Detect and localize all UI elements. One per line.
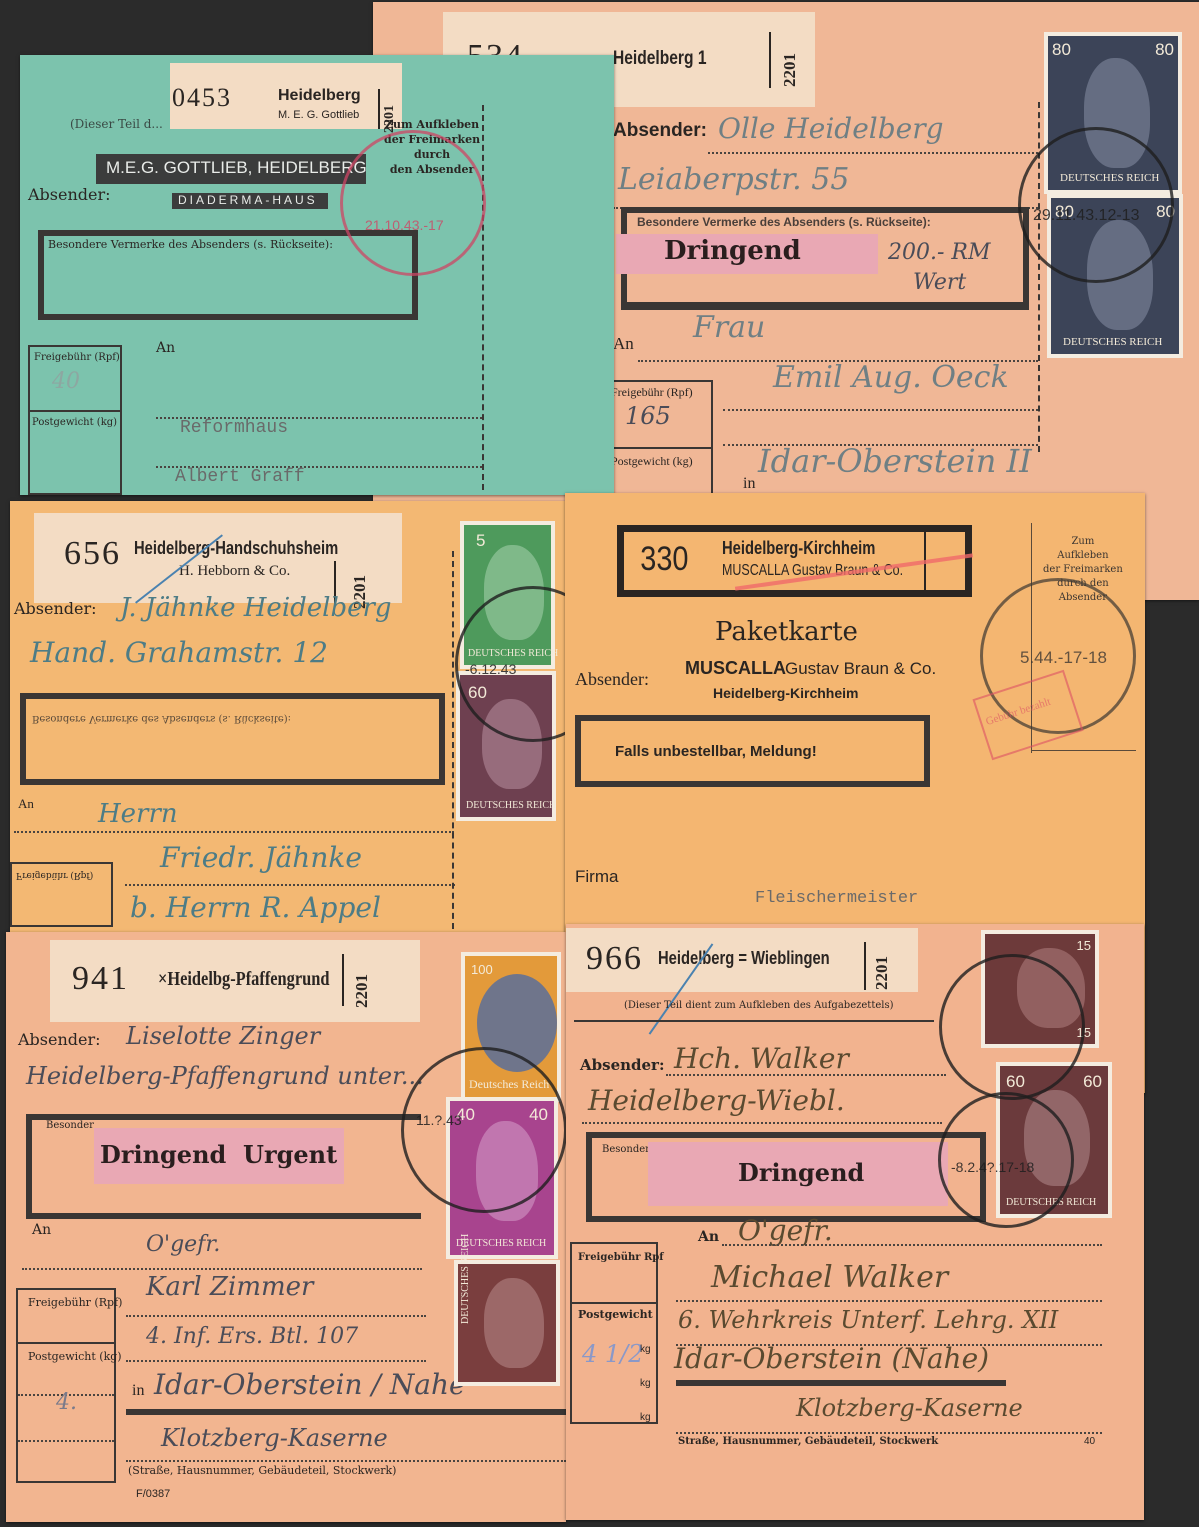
firm-label: Firma [575,867,618,887]
label-sub: H. Hebborn & Co. [179,563,290,580]
fee-value: 40 [52,369,80,394]
recipient-line-5: Klotzberg-Kaserne [161,1424,388,1452]
weight-label: Postgewicht (kg) [28,1350,122,1363]
to-label: An [613,334,634,354]
address-note: Straße, Hausnummer, Gebäudeteil, Stockwe… [678,1436,938,1447]
recipient-line-2: Emil Aug. Oeck [773,360,1009,395]
label-place: Heidelberg-Kirchheim [722,538,875,559]
parcel-card-gottlieb: 0453 Heidelberg M. E. G. Gottlieb 2201 (… [20,55,614,495]
dispatch-label: 330 Heidelberg-Kirchheim MUSCALLA Gustav… [617,525,972,597]
recipient-line-4: Idar-Oberstein (Nahe) [674,1342,989,1375]
sender-line-2: Hand. Grahamstr. 12 [30,636,328,669]
sender-name-bold: MUSCALLA [685,658,786,679]
company-sub: DIADERMA-HAUS [172,193,328,209]
label-number: 656 [64,535,121,573]
sender-line-1: Hch. Walker [674,1042,849,1075]
special-remarks-label: Besondere Vermerke des Absenders (s. Rüc… [637,215,931,229]
sender-line-2: Heidelberg-Pfaffengrund unter... [26,1062,424,1090]
postmark-pfaffengrund [401,1047,567,1213]
firm-value: Fleischermeister [755,889,918,908]
fee-label: Freigebühr (Rpf) [611,385,693,400]
sender-label: Absender: [14,599,97,618]
dispatch-label: 941 ×Heidelbg-Pfaffengrund 2201 [50,940,420,1022]
fee-label: Freigebühr (Rpf) [34,352,120,363]
special-remarks-label: Besondere Vermerke des Absenders (s. Rüc… [48,238,333,251]
label-place: ×Heidelbg-Pfaffengrund [158,968,330,991]
part-note: (Dieser Teil d... [70,117,163,131]
urgent-label: Dringend [664,236,801,266]
label-place: Heidelberg-Handschuhsheim [134,538,338,559]
recipient-line-4: Idar-Oberstein / Nahe [154,1368,466,1401]
value-label: Wert [913,270,966,295]
postmark-date: 11.?.43 [416,1112,462,1128]
urgent-label: Dringend [738,1158,864,1187]
urgent-sticker: Dringend [648,1142,948,1206]
form-number: 40 [1084,1436,1095,1447]
sender-label: Absender: [613,120,707,142]
in-label: in [743,475,755,493]
label-place: Heidelberg 1 [613,48,707,70]
recipient-line-1: Herrn [98,799,178,829]
weight-value: 4. [56,1390,77,1415]
weight-unit: kg [640,1344,651,1355]
recipient-line-2: Friedr. Jähnke [160,841,362,874]
special-remarks-label: Besonder [46,1120,94,1131]
postmark-date: 5.44.-17-18 [1020,648,1107,668]
label-sub: M. E. G. Gottlieb [278,109,359,121]
label-code: 2201 [352,974,372,1008]
postmark-wieblingen-top [939,954,1085,1100]
fee-box: Freigebühr (Rpf) Postgewicht (kg) 4. [16,1288,116,1483]
company-banner: M.E.G. GOTTLIEB, HEIDELBERG [96,154,366,184]
weight-label: Postgewicht (kg) [32,417,117,428]
special-remarks-label: Besonder [602,1144,650,1155]
address-note: (Straße, Hausnummer, Gebäudeteil, Stockw… [128,1464,396,1477]
recipient-line-2: Michael Walker [711,1260,948,1295]
recipient-line-1: O'gefr. [146,1232,220,1257]
value-note: 200.- RM [888,240,991,265]
to-label: An [18,796,34,812]
to-label: An [32,1222,51,1238]
recipient-line-3: 6. Wehrkreis Unterf. Lehrg. XII [678,1306,1058,1334]
to-label: An [698,1229,719,1245]
postmark-date: -8.2.4?.17-18 [951,1159,1034,1175]
to-label: An [156,340,175,356]
sender-line-2: Heidelberg-Wiebl. [588,1084,845,1117]
recipient-line-1: Frau [693,310,765,345]
recipient-line-5: Klotzberg-Kaserne [796,1394,1023,1422]
sender-city: Heidelberg-Kirchheim [713,685,858,701]
parcel-card-wieblingen: 966 Heidelberg = Wieblingen 2201 (Dieser… [566,924,1144,1520]
sender-line-1: Olle Heidelberg [718,112,944,145]
fee-box: Freigebühr (Rpf) [10,862,113,927]
fee-label: Freigebühr (Rpf) [16,870,93,880]
fee-box: Freigebühr Rpf Postgewicht 4 1/2 kg kg k… [570,1242,658,1424]
fee-label: Freigebühr Rpf [578,1252,664,1263]
label-number: 0453 [172,83,232,113]
sender-line-1: Liselotte Zinger [126,1022,320,1050]
dispatch-label: 966 Heidelberg = Wieblingen 2201 [566,928,918,992]
special-remarks-label: Besondere Vermerke des Absenders (s. Rüc… [32,713,291,724]
weight-value: 4 1/2 [582,1340,644,1368]
postmark-red [340,130,486,276]
sender-label: Absender: [28,185,111,204]
sender-label: Absender: [18,1030,101,1049]
fee-value: 165 [625,402,671,430]
label-number: 941 [72,960,129,998]
sender-line-2: Leiaberpstr. 55 [618,162,849,197]
postmark-date: 21.10.43.-17 [365,217,444,233]
label-number: 966 [586,940,643,978]
sender-name-rest: Gustav Braun & Co. [785,659,936,679]
label-code: 2201 [872,956,892,990]
label-code: 2201 [780,53,800,87]
part-note: (Dieser Teil dient zum Aufkleben des Auf… [624,1000,893,1011]
urgent-sticker: Dringend Urgent [94,1128,344,1184]
recipient-line-3: 4. Inf. Ers. Btl. 107 [146,1324,358,1349]
recipient-line-2: Albert Graff [175,467,305,487]
parcel-card-handschuhsheim: 656 Heidelberg-Handschuhsheim H. Hebborn… [10,501,585,939]
recipient-line-3: b. Herrn R. Appel [130,891,381,924]
postmark-date: 29.11.43.12-13 [1033,207,1139,225]
sender-label: Absender: [575,669,649,690]
recipient-line-1: O'gefr. [738,1214,833,1247]
notice-text: Falls unbestellbar, Meldung! [615,743,817,760]
recipient-line-1: Reformhaus [180,418,288,438]
weight-label: Postgewicht (kg) [611,454,693,469]
label-place: Heidelberg = Wieblingen [658,948,830,969]
urgent-sticker: Dringend [616,234,878,274]
postmark-date: -6.12.43 [465,661,516,677]
label-place: Heidelberg [278,87,361,105]
urgent-label: Dringend Urgent [100,1140,337,1169]
form-code: F/0387 [136,1488,170,1500]
fee-label: Freigebühr (Rpf) [28,1296,122,1309]
special-remarks-box: Besondere Vermerke des Absenders (s. Rüc… [20,693,445,785]
weight-label: Postgewicht [578,1308,653,1321]
stamp-brown: DEUTSCHES REICH [454,1260,560,1386]
postmark-heidelberg [1018,127,1174,283]
label-number: 330 [640,540,688,579]
card-title: Paketkarte [715,617,858,647]
dispatch-label: 656 Heidelberg-Handschuhsheim H. Hebborn… [34,513,402,603]
sender-line-1: J. Jähnke Heidelberg [120,593,392,623]
recipient-line-3: Idar-Oberstein II [758,442,1032,480]
dispatch-label: 0453 Heidelberg M. E. G. Gottlieb 2201 [170,63,402,129]
recipient-line-2: Karl Zimmer [146,1272,313,1302]
fee-box: Freigebühr (Rpf) 40 Postgewicht (kg) [28,345,122,495]
sender-label: Absender: [580,1056,665,1074]
in-label: in [132,1382,144,1400]
parcel-card-pfaffengrund: 941 ×Heidelbg-Pfaffengrund 2201 Absender… [6,932,566,1522]
notice-box: Falls unbestellbar, Meldung! [575,715,930,787]
